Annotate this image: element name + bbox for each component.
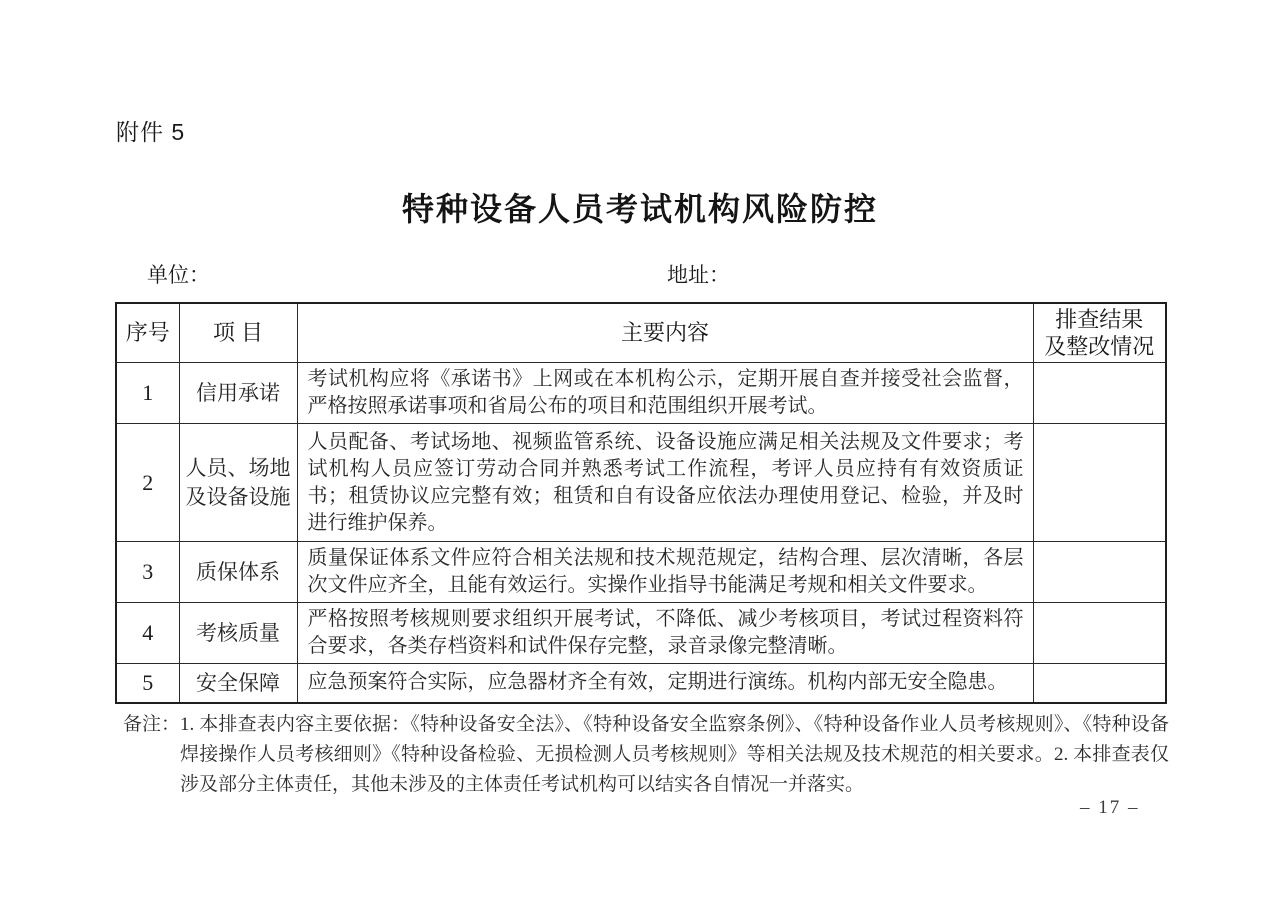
row-content: 应急预案符合实际，应急器材齐全有效，定期进行演练。机构内部无安全隐患。 bbox=[297, 664, 1033, 703]
attachment-label: 附件 5 bbox=[116, 114, 185, 147]
row-number: 3 bbox=[116, 542, 179, 603]
column-header-result-line2: 及整改情况 bbox=[1044, 334, 1154, 359]
notes-text: 1. 本排查表内容主要依据：《特种设备安全法》、《特种设备安全监察条例》、《特种… bbox=[180, 710, 1169, 800]
row-result-cell bbox=[1033, 664, 1166, 703]
row-result-cell bbox=[1033, 363, 1166, 424]
row-number: 5 bbox=[116, 664, 179, 703]
column-header-no: 序号 bbox=[116, 303, 179, 363]
table-row: 2 人员、场地及设备设施 人员配备、考试场地、视频监管系统、设备设施应满足相关法… bbox=[116, 424, 1166, 542]
row-item: 安全保障 bbox=[179, 664, 297, 703]
unit-label: 单位： bbox=[147, 259, 210, 289]
table-row: 5 安全保障 应急预案符合实际，应急器材齐全有效，定期进行演练。机构内部无安全隐… bbox=[116, 664, 1166, 703]
row-item: 人员、场地及设备设施 bbox=[179, 424, 297, 542]
column-header-content: 主要内容 bbox=[297, 303, 1033, 363]
table-header-row: 序号 项 目 主要内容 排查结果及整改情况 bbox=[116, 303, 1166, 363]
address-label: 地址： bbox=[667, 259, 730, 289]
row-content: 质量保证体系文件应符合相关法规和技术规范规定，结构合理、层次清晰，各层次文件应齐… bbox=[297, 542, 1033, 603]
table-row: 4 考核质量 严格按照考核规则要求组织开展考试，不降低、减少考核项目，考试过程资… bbox=[116, 603, 1166, 664]
row-result-cell bbox=[1033, 603, 1166, 664]
inspection-table: 序号 项 目 主要内容 排查结果及整改情况 1 信用承诺 考试机构应将《承诺书》… bbox=[115, 302, 1167, 704]
row-result-cell bbox=[1033, 424, 1166, 542]
table-row: 3 质保体系 质量保证体系文件应符合相关法规和技术规范规定，结构合理、层次清晰，… bbox=[116, 542, 1166, 603]
page-number: – 17 – bbox=[1080, 797, 1140, 819]
meta-line: 单位： 地址： bbox=[0, 259, 1280, 289]
row-item: 考核质量 bbox=[179, 603, 297, 664]
notes-label: 备注： bbox=[123, 710, 180, 800]
row-item: 信用承诺 bbox=[179, 363, 297, 424]
row-content: 人员配备、考试场地、视频监管系统、设备设施应满足相关法规及文件要求；考试机构人员… bbox=[297, 424, 1033, 542]
row-content: 严格按照考核规则要求组织开展考试，不降低、减少考核项目，考试过程资料符合要求，各… bbox=[297, 603, 1033, 664]
column-header-item: 项 目 bbox=[179, 303, 297, 363]
column-header-result-line1: 排查结果 bbox=[1055, 307, 1143, 332]
column-header-result: 排查结果及整改情况 bbox=[1033, 303, 1166, 363]
row-item: 质保体系 bbox=[179, 542, 297, 603]
row-number: 4 bbox=[116, 603, 179, 664]
row-result-cell bbox=[1033, 542, 1166, 603]
page-title: 特种设备人员考试机构风险防控 bbox=[0, 184, 1280, 230]
table-row: 1 信用承诺 考试机构应将《承诺书》上网或在本机构公示，定期开展自查并接受社会监… bbox=[116, 363, 1166, 424]
row-content: 考试机构应将《承诺书》上网或在本机构公示，定期开展自查并接受社会监督，严格按照承… bbox=[297, 363, 1033, 424]
document-page: 附件 5 特种设备人员考试机构风险防控 单位： 地址： 序号 项 目 主要内容 … bbox=[0, 0, 1280, 905]
notes-section: 备注： 1. 本排查表内容主要依据：《特种设备安全法》、《特种设备安全监察条例》… bbox=[123, 710, 1169, 800]
row-number: 2 bbox=[116, 424, 179, 542]
row-number: 1 bbox=[116, 363, 179, 424]
